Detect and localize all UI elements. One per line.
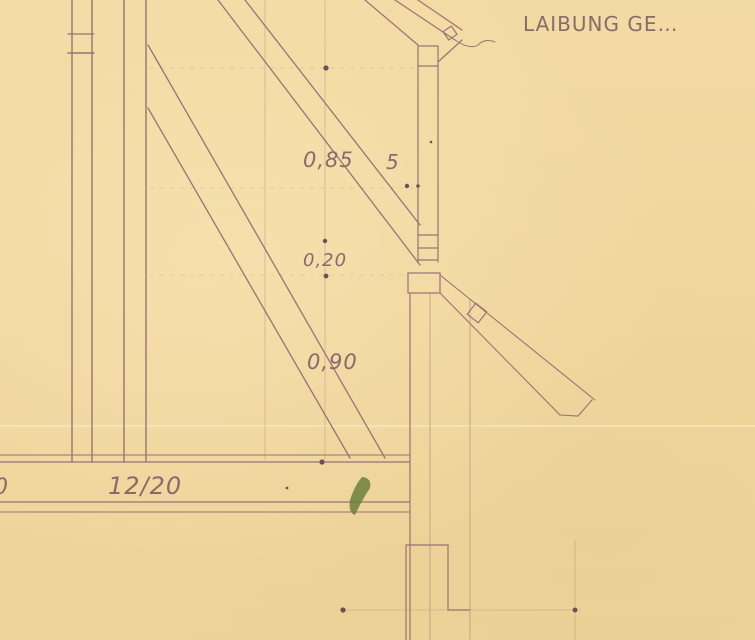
dimension-0-20: 0,20: [303, 250, 347, 271]
dimension-5: 5: [386, 150, 400, 174]
left-posts: [68, 0, 146, 462]
pencil-linework: [0, 0, 755, 640]
green-stain: [350, 477, 371, 515]
dimension-0-85: 0,85: [303, 148, 354, 172]
central-post: [408, 46, 470, 640]
dimension-0-90: 0,90: [307, 350, 358, 374]
drawing-sheet: LAIBUNG GE… 0,85 5 0,20 0,90 12/20 0: [0, 0, 755, 640]
header-annotation: LAIBUNG GE…: [523, 12, 679, 36]
lower-detail: [345, 545, 580, 640]
horizontal-beam: [0, 455, 410, 512]
beam-left-fragment: 0: [0, 475, 9, 500]
diagonal-strut: [440, 275, 595, 416]
diagonal-rafters: [148, 0, 420, 458]
beam-section-label: 12/20: [108, 472, 182, 500]
